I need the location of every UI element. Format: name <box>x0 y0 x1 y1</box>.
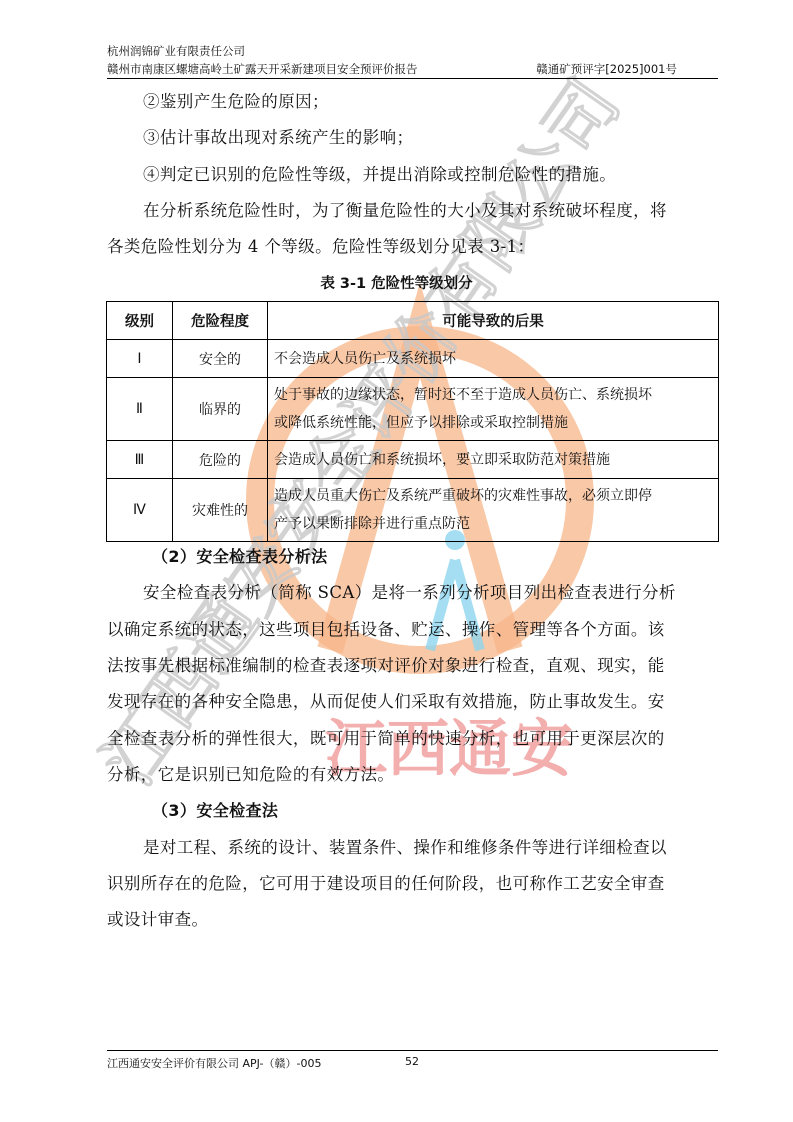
col-header-degree: 危险程度 <box>173 302 268 340</box>
col-header-consequence: 可能导致的后果 <box>268 302 719 340</box>
header-report-title: 赣州市南康区螺塘高岭土矿露天开采新建项目安全预评价报告 <box>107 62 418 76</box>
section-2-line: 分析，它是识别已知危险的有效方法。 <box>107 765 394 785</box>
cell-degree: 临界的 <box>173 378 268 441</box>
cell-degree: 危险的 <box>173 441 268 479</box>
section-2-line: 安全检查表分析（简称 SCA）是将一系列分析项目列出检查表进行分析 <box>143 583 676 603</box>
col-header-level: 级别 <box>107 302 173 340</box>
consequence-line: 会造成人员伤亡和系统损坏，要立即采取防范对策措施 <box>274 452 610 468</box>
section-2-line: 法按事先根据标准编制的检查表逐项对评价对象进行检查，直观、现实，能 <box>107 656 665 676</box>
cell-level: Ⅰ <box>107 340 173 378</box>
cell-level: Ⅳ <box>107 479 173 542</box>
consequence-line: 造成人员重大伤亡及系统严重破坏的灾难性事故，必须立即停 <box>274 488 652 504</box>
cell-level: Ⅲ <box>107 441 173 479</box>
page-number: 52 <box>405 1055 419 1068</box>
section-2-line: 全检查表分析的弹性很大，既可用于简单的快速分析，也可用于更深层次的 <box>107 729 665 749</box>
header-divider <box>107 78 718 79</box>
list-item-2: ②鉴别产生危险的原因； <box>143 92 329 112</box>
consequence-line: 产予以果断排除并进行重点防范 <box>274 516 470 532</box>
intro-line-1: 在分析系统危险性时，为了衡量危险性的大小及其对系统破坏程度，将 <box>143 201 667 221</box>
footer-org: 江西通安安全评价有限公司 APJ-（赣）-005 <box>107 1055 321 1071</box>
section-2-heading: （2）安全检查表分析法 <box>152 547 328 567</box>
section-3-line: 是对工程、系统的设计、装置条件、操作和维修条件等进行详细检查以 <box>143 838 667 858</box>
cell-degree: 灾难性的 <box>173 479 268 542</box>
header-doc-number: 赣通矿预评字[2025]001号 <box>536 62 677 76</box>
list-item-3: ③估计事故出现对系统产生的影响； <box>143 128 413 148</box>
hazard-level-table: 级别 危险程度 可能导致的后果 Ⅰ 安全的 不会造成人员伤亡及系统损坏 Ⅱ 临界… <box>106 301 719 542</box>
section-2-line: 发现存在的各种安全隐患，从而促使人们采取有效措施，防止事故发生。安 <box>107 692 665 712</box>
table-row: Ⅲ 危险的 会造成人员伤亡和系统损坏，要立即采取防范对策措施 <box>107 441 719 479</box>
consequence-line: 处于事故的边缘状态，暂时还不至于造成人员伤亡、系统损坏 <box>274 387 652 403</box>
intro-line-2: 各类危险性划分为 4 个等级。危险性等级划分见表 3-1： <box>107 237 534 257</box>
table-caption: 表 3-1 危险性等级划分 <box>0 272 793 293</box>
table-row: Ⅰ 安全的 不会造成人员伤亡及系统损坏 <box>107 340 719 378</box>
consequence-line: 不会造成人员伤亡及系统损坏 <box>274 351 456 367</box>
section-3-line: 识别所存在的危险，它可用于建设项目的任何阶段，也可称作工艺安全审查 <box>107 874 665 894</box>
header-report-line: 赣州市南康区螺塘高岭土矿露天开采新建项目安全预评价报告 赣通矿预评字[2025]… <box>107 62 717 76</box>
table-row: Ⅳ 灾难性的 造成人员重大伤亡及系统严重破坏的灾难性事故，必须立即停产予以果断排… <box>107 479 719 542</box>
section-2-line: 以确定系统的状态，这些项目包括设备、贮运、操作、管理等各个方面。该 <box>107 620 665 640</box>
list-item-4: ④判定已识别的危险性等级，并提出消除或控制危险性的措施。 <box>143 165 616 185</box>
section-3-line: 或设计审查。 <box>107 910 208 930</box>
consequence-line: 或降低系统性能，但应予以排除或采取控制措施 <box>274 415 568 431</box>
cell-level: Ⅱ <box>107 378 173 441</box>
cell-consequence: 处于事故的边缘状态，暂时还不至于造成人员伤亡、系统损坏或降低系统性能，但应予以排… <box>268 378 719 441</box>
header-company: 杭州润锦矿业有限责任公司 <box>107 44 245 58</box>
cell-degree: 安全的 <box>173 340 268 378</box>
footer-divider <box>107 1050 718 1051</box>
cell-consequence: 会造成人员伤亡和系统损坏，要立即采取防范对策措施 <box>268 441 719 479</box>
cell-consequence: 造成人员重大伤亡及系统严重破坏的灾难性事故，必须立即停产予以果断排除并进行重点防… <box>268 479 719 542</box>
cell-consequence: 不会造成人员伤亡及系统损坏 <box>268 340 719 378</box>
table-header-row: 级别 危险程度 可能导致的后果 <box>107 302 719 340</box>
table-row: Ⅱ 临界的 处于事故的边缘状态，暂时还不至于造成人员伤亡、系统损坏或降低系统性能… <box>107 378 719 441</box>
section-3-heading: （3）安全检查法 <box>152 801 278 821</box>
